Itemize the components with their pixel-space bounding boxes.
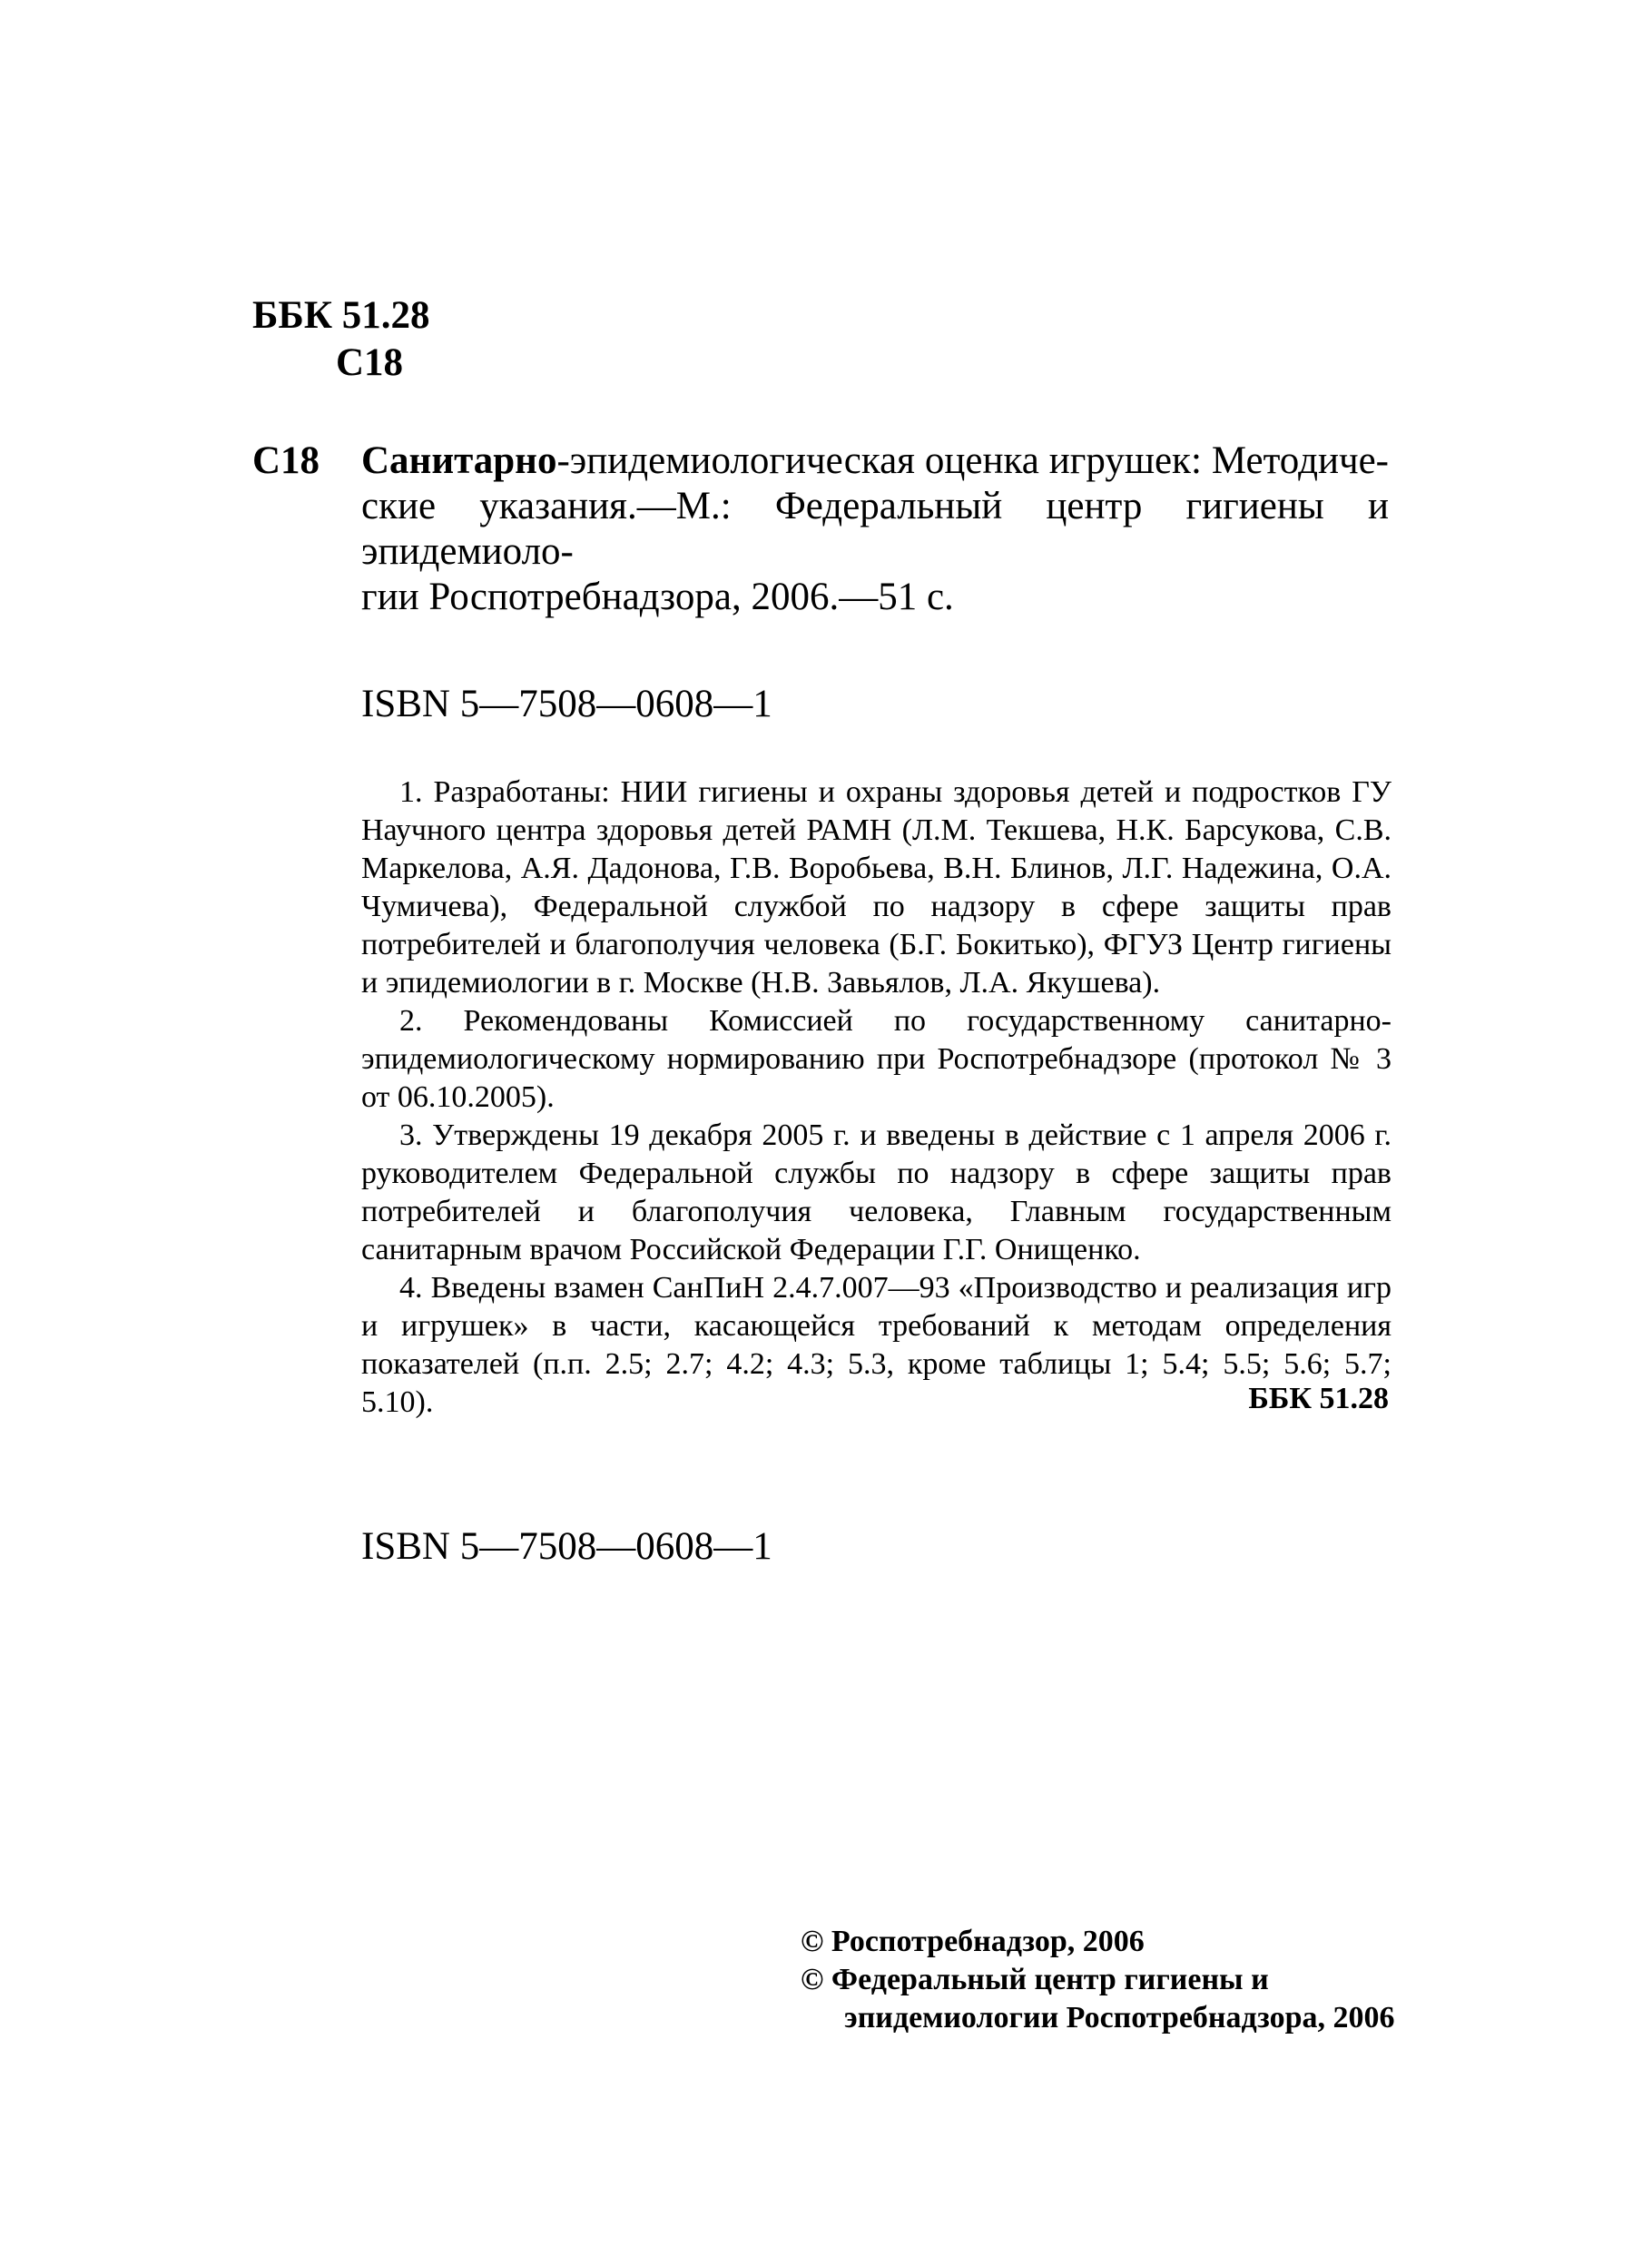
publication-notes: 1. Разработаны: НИИ гигиены и охраны здо… xyxy=(361,773,1391,1422)
document-page: ББК 51.28 С18 С18Санитарно-эпидемиологич… xyxy=(0,0,1652,2266)
entry-line-3: гии Роспотребнадзора, 2006.—51 с. xyxy=(252,575,1389,620)
note-developed-by: 1. Разработаны: НИИ гигиены и охраны здо… xyxy=(361,773,1391,1002)
bbk-code: ББК 51.28 xyxy=(252,294,430,337)
isbn-top: ISBN 5—7508—0608—1 xyxy=(361,681,772,728)
entry-title-strong: Санитарно xyxy=(361,439,556,482)
entry-line-1: С18Санитарно-эпидемиологическая оценка и… xyxy=(252,438,1389,484)
copyright-line-2: © Федеральный центр гигиены и xyxy=(801,1961,1395,1999)
note-recommended-by: 2. Рекомендованы Комиссией по государств… xyxy=(361,1002,1391,1117)
bbk-classification-header: ББК 51.28 С18 xyxy=(252,292,430,387)
entry-code: С18 xyxy=(252,438,361,484)
entry-title-rest: -эпидемиологическая оценка игрушек: Мето… xyxy=(556,439,1389,482)
copyright-block: © Роспотребнадзор, 2006 © Федеральный це… xyxy=(801,1923,1395,2037)
author-mark: С18 xyxy=(252,340,430,387)
copyright-line-1: © Роспотребнадзор, 2006 xyxy=(801,1923,1395,1961)
copyright-line-3: эпидемиологии Роспотребнадзора, 2006 xyxy=(801,1999,1395,2037)
entry-line-2: ские указания.—М.: Федеральный центр гиг… xyxy=(252,484,1389,575)
bbk-code-bottom: ББК 51.28 xyxy=(1234,1380,1389,1418)
bibliographic-entry: С18Санитарно-эпидемиологическая оценка и… xyxy=(252,438,1389,620)
note-approved: 3. Утверждены 19 декабря 2005 г. и введе… xyxy=(361,1117,1391,1269)
isbn-bottom: ISBN 5—7508—0608—1 xyxy=(361,1523,772,1571)
